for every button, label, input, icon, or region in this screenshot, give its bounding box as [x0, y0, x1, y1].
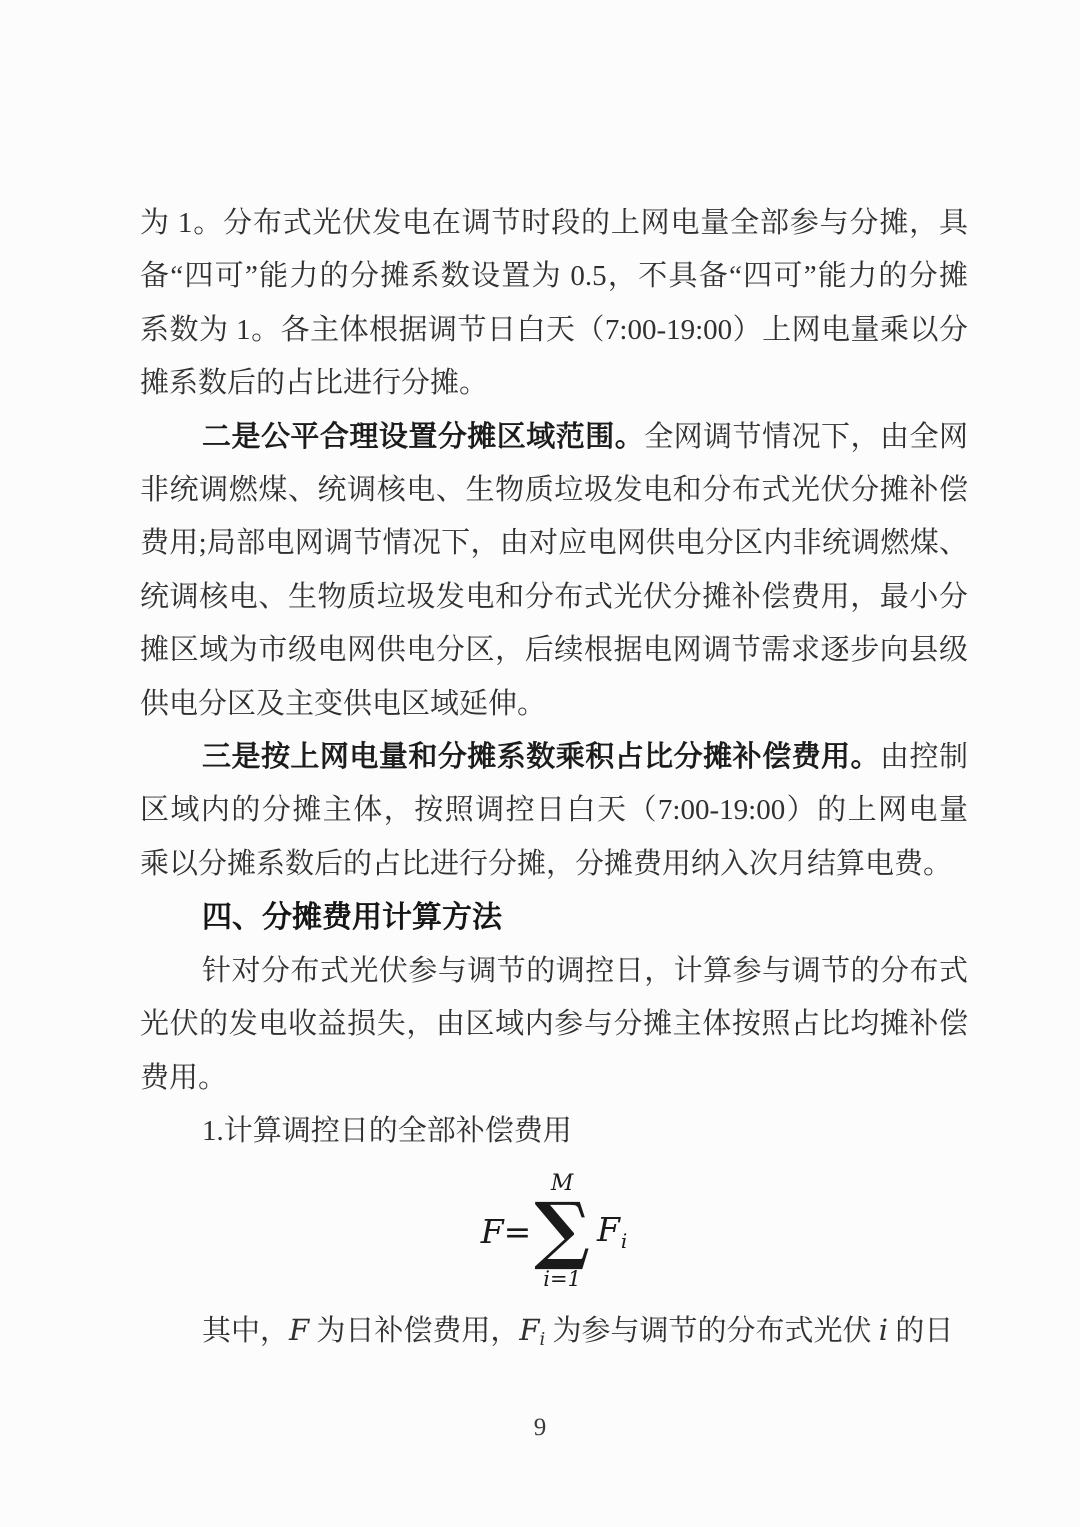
lines-after-formula: 其中，F 为日补偿费用，Fi 为参与调节的分布式光伏 i 的日: [140, 1304, 968, 1366]
text-line: 光伏的发电收益损失，由区域内参与分摊主体按照占比均摊补偿: [140, 998, 968, 1051]
text-segment: 非统调燃煤、统调核电、生物质垃圾发电和分布式光伏分摊补偿: [140, 474, 968, 506]
text-segment: 为日补偿费用，: [309, 1315, 519, 1347]
text-line: 摊区域为市级电网供电分区，后续根据电网调节需求逐步向县级: [140, 624, 968, 677]
text-segment: F: [289, 1313, 309, 1347]
text-segment: 光伏的发电收益损失，由区域内参与分摊主体按照占比均摊补偿: [140, 1008, 968, 1040]
text-segment: 系数为 1。各主体根据调节日白天（7:00-19:00）上网电量乘以分: [140, 314, 968, 346]
text-line: 乘以分摊系数后的占比进行分摊，分摊费用纳入次月结算电费。: [140, 838, 968, 891]
text-line: 1.计算调控日的全部补偿费用: [140, 1105, 968, 1158]
formula-term-subscript: i: [621, 1229, 627, 1253]
text-segment: 针对分布式光伏参与调节的调控日，计算参与调节的分布式: [202, 955, 968, 987]
text-segment: 为参与调节的分布式光伏: [545, 1315, 879, 1347]
text-line: 摊系数后的占比进行分摊。: [140, 357, 968, 410]
text-segment: 供电分区及主变供电区域延伸。: [140, 688, 546, 720]
text-segment: 摊系数后的占比进行分摊。: [140, 367, 488, 399]
text-segment: 全网调节情况下，由全网: [644, 421, 968, 453]
text-line: 区域内的分摊主体，按照调控日白天（7:00-19:00）的上网电量: [140, 784, 968, 837]
text-segment: F: [519, 1313, 539, 1347]
formula-term-base: F: [597, 1210, 620, 1249]
lines-before-formula: 为 1。分布式光伏发电在调节时段的上网电量全部参与分摊，具备“四可”能力的分摊系…: [140, 197, 968, 1158]
text-segment: 统调核电、生物质垃圾发电和分布式光伏分摊补偿费用，最小分: [140, 581, 968, 613]
text-segment: 备“四可”能力的分摊系数设置为 0.5，不具备“四可”能力的分摊: [140, 260, 968, 292]
text-line: 其中，F 为日补偿费用，Fi 为参与调节的分布式光伏 i 的日: [140, 1304, 968, 1366]
text-line: 费用。: [140, 1052, 968, 1105]
formula-lhs: F=: [481, 1212, 532, 1251]
summation-stack: M ∑ i=1: [534, 1173, 590, 1290]
text-segment: 四、分摊费用计算方法: [202, 901, 502, 934]
text-line: 非统调燃煤、统调核电、生物质垃圾发电和分布式光伏分摊补偿: [140, 464, 968, 517]
text-line: 统调核电、生物质垃圾发电和分布式光伏分摊补偿费用，最小分: [140, 571, 968, 624]
text-segment: 由控制: [880, 741, 968, 773]
page-number: 9: [0, 1414, 1080, 1442]
text-segment: 1.计算调控日的全部补偿费用: [202, 1115, 572, 1147]
text-line: 费用;局部电网调节情况下，由对应电网供电分区内非统调燃煤、: [140, 517, 968, 570]
text-segment: 的日: [888, 1315, 953, 1347]
formula-total-compensation: F= M ∑ i=1 Fi: [140, 1158, 968, 1304]
text-line: 为 1。分布式光伏发电在调节时段的上网电量全部参与分摊，具: [140, 197, 968, 250]
text-segment: 三是按上网电量和分摊系数乘积占比分摊补偿费用。: [202, 741, 880, 773]
text-line: 备“四可”能力的分摊系数设置为 0.5，不具备“四可”能力的分摊: [140, 250, 968, 303]
text-line: 供电分区及主变供电区域延伸。: [140, 678, 968, 731]
text-segment: 二是公平合理设置分摊区域范围。: [202, 421, 644, 453]
text-segment: 费用;局部电网调节情况下，由对应电网供电分区内非统调燃煤、: [140, 527, 968, 559]
text-segment: 摊区域为市级电网供电分区，后续根据电网调节需求逐步向县级: [140, 634, 968, 666]
text-line: 系数为 1。各主体根据调节日白天（7:00-19:00）上网电量乘以分: [140, 304, 968, 357]
text-segment: 费用。: [140, 1062, 227, 1094]
text-line: 针对分布式光伏参与调节的调控日，计算参与调节的分布式: [140, 945, 968, 998]
text-segment: 区域内的分摊主体，按照调控日白天（7:00-19:00）的上网电量: [140, 794, 968, 826]
document-page: 为 1。分布式光伏发电在调节时段的上网电量全部参与分摊，具备“四可”能力的分摊系…: [0, 0, 1080, 1527]
formula-term: Fi: [597, 1210, 627, 1253]
text-segment: i: [879, 1313, 888, 1347]
section-heading: 四、分摊费用计算方法: [140, 891, 968, 944]
text-segment: 为 1。分布式光伏发电在调节时段的上网电量全部参与分摊，具: [140, 207, 968, 239]
text-line: 二是公平合理设置分摊区域范围。全网调节情况下，由全网: [140, 411, 968, 464]
text-segment: 其中，: [202, 1315, 289, 1347]
text-line: 三是按上网电量和分摊系数乘积占比分摊补偿费用。由控制: [140, 731, 968, 784]
summation-lower-limit: i=1: [543, 1269, 581, 1290]
document-body: 为 1。分布式光伏发电在调节时段的上网电量全部参与分摊，具备“四可”能力的分摊系…: [140, 197, 968, 1367]
text-segment: 乘以分摊系数后的占比进行分摊，分摊费用纳入次月结算电费。: [140, 848, 952, 880]
sigma-symbol: ∑: [534, 1196, 590, 1264]
